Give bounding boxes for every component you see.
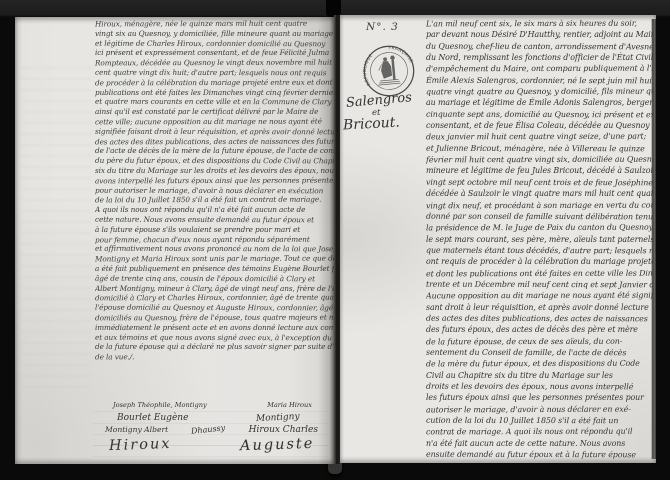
signature-row: Montigny Albert Dhaussy Hiroux Charles — [93, 425, 328, 437]
manuscript-line: ici présent et expressément consentant, … — [95, 48, 334, 58]
manuscript-line: l'épouse domicilié au Quesnoy et Auguste… — [95, 303, 334, 313]
manuscript-line: quatre vingt quatre au Quesnoy, y domici… — [426, 86, 655, 98]
signature-witness: Montigny Albert — [105, 425, 168, 434]
manuscript-line: cinquante sept ans, domicilié au Quesnoy… — [426, 108, 655, 120]
manuscript-line: signifiée faisant droit à leur réquisiti… — [95, 126, 334, 136]
manuscript-line: immédiatement le présent acte et en avon… — [95, 323, 334, 333]
manuscript-line: Aucune opposition au dit mariage ne nous… — [426, 290, 655, 302]
manuscript-line: les futurs époux ainsi que les personnes… — [426, 392, 655, 403]
manuscript-line: de l'acte de décès de la mère de la futu… — [95, 146, 334, 156]
manuscript-line: du Quesnoy, chef-lieu de canton, arrondi… — [426, 40, 655, 52]
signature-witness: Bourlet Eugène — [117, 413, 188, 423]
manuscript-line: et légitime de Charles Hiroux, cordonnie… — [95, 38, 334, 48]
manuscript-line: des actes des dites publications, des ac… — [95, 136, 334, 147]
manuscript-line: la présidence de M. le Juge de Paix du c… — [426, 222, 655, 234]
manuscript-line: contrat de mariage. A quoi ils nous ont … — [426, 426, 655, 438]
manuscript-line: d'empêchement du Maire, ont comparu publ… — [426, 63, 655, 75]
signatures-block: Joseph Théophile, Montigny Maria Hiroux … — [93, 401, 328, 461]
signature-bride: Maria Hiroux — [267, 401, 312, 409]
signature-row: Bourlet Eugène Montigny — [93, 413, 328, 425]
manuscript-line: de la future épouse, de ceux de ses aïeu… — [426, 335, 655, 347]
manuscript-line: ont requis de procéder à la célébration … — [426, 256, 655, 267]
manuscript-line: six du titre du Mariage sur les droits e… — [95, 166, 334, 176]
manuscript-line: sant droit à leur réquisition, et après … — [426, 302, 655, 313]
manuscript-line: âgé de trente cinq ans, cousin de l'épou… — [95, 273, 334, 283]
manuscript-line: cette ville; aucune opposition au dit ma… — [95, 117, 334, 128]
manuscript-line: cette nature. Nous avons ensuite demandé… — [95, 215, 334, 225]
manuscript-line: mineure et légitime de feu Jules Bricout… — [426, 165, 655, 176]
manuscript-line: cent quatre vingt dix huit; d'autre part… — [95, 68, 334, 78]
manuscript-line: Civil au Chapitre six du titre du Mariag… — [426, 370, 655, 381]
manuscript-line: à la future épouse s'ils voulaient se pr… — [95, 225, 334, 235]
signature-witness: Hiroux — [109, 436, 172, 454]
manuscript-line: avons interpellé les futurs époux ainsi … — [95, 175, 334, 186]
manuscript-line: de procéder à la célébration du mariage … — [95, 77, 334, 88]
manuscript-line: deux janvier mil huit cent quatre vingt … — [426, 131, 655, 143]
manuscript-line: trente et un Décembre mil neuf cent cinq… — [426, 279, 655, 291]
manuscript-line: par devant nous Désiré D'Hautthy, rentie… — [426, 29, 655, 40]
manuscript-line: le sept mars courant, ses père, mère, aï… — [426, 234, 655, 245]
manuscript-line: donné par son conseil de famille suivant… — [426, 211, 655, 223]
act-number: N°. 3 — [366, 21, 399, 33]
manuscript-line: autoriser le mariage, d'avoir à nous déc… — [426, 403, 655, 415]
manuscript-line: et quatre mars courants en cette ville e… — [95, 97, 334, 107]
manuscript-line: et Julienne Bricout, ménagère, née à Vil… — [426, 143, 655, 155]
manuscript-line: que maternels étant tous décédés, d'autr… — [426, 245, 655, 257]
manuscript-line: Émile Alexis Salengros, cordonnier, né l… — [426, 74, 655, 86]
manuscript-line: n'a été fait aucun acte de cette nature.… — [426, 438, 655, 449]
ink-bleedthrough — [21, 67, 91, 397]
manuscript-line: de la future épouse qui a déclaré ne plu… — [95, 342, 334, 352]
seated-marianne-figure-icon — [376, 55, 401, 85]
manuscript-line: Hiroux, ménagère, née le quinze mars mil… — [95, 19, 334, 30]
manuscript-line: a été fait publiquement en présence des … — [95, 264, 334, 274]
manuscript-line: consentant, et de feue Élisa Coleau, déc… — [426, 120, 655, 131]
manuscript-line: vingt sept octobre mil neuf cent trois e… — [426, 177, 655, 189]
manuscript-line: L'an mil neuf cent six, le six mars à si… — [426, 18, 655, 30]
signature-officer: Dhaussy — [191, 423, 226, 436]
manuscript-line: au mariage et légitime de Émile Adonis S… — [426, 97, 655, 108]
manuscript-line: décédée à Saulzoir le vingt quatre mars … — [426, 188, 655, 199]
signature-witness: Auguste — [239, 436, 314, 455]
right-page-margin: N°. 3 RÉPUBLIQUE FRANÇAISE — [340, 15, 426, 463]
signature-father: Hiroux Charles — [249, 425, 318, 435]
margin-bride-name: Bricout. — [343, 115, 401, 134]
manuscript-line: Rompteaux, décédée au Quesnoy le vingt d… — [95, 58, 334, 69]
signature-row: Hiroux Auguste — [93, 437, 328, 457]
manuscript-line: vingt dix neuf, et procédant à son maria… — [426, 199, 655, 211]
right-page-text: L'an mil neuf cent six, le six mars à si… — [426, 18, 655, 460]
manuscript-line: des actes des dites publications, des ac… — [426, 313, 655, 325]
manuscript-line: février mil huit cent quatre vingt six, … — [426, 154, 655, 166]
manuscript-line: de la vue./. — [95, 352, 334, 363]
left-page: Hiroux, ménagère, née le quinze mars mil… — [15, 17, 334, 464]
page-edge-highlight — [651, 19, 656, 459]
manuscript-line: ainsi qu'il est constaté par le certific… — [95, 107, 334, 117]
manuscript-line: domiciliés au Quesnoy, frère de l'épouse… — [95, 313, 334, 324]
manuscript-line: de la mère du futur époux, et des dispos… — [426, 358, 655, 370]
manuscript-line: vingt six au Quesnoy, y domiciliée, fill… — [95, 29, 334, 39]
manuscript-line: et aux témoins et que nous avons signé a… — [95, 332, 334, 342]
left-page-text: Hiroux, ménagère, née le quinze mars mil… — [95, 19, 334, 362]
manuscript-line: des futurs époux, des actes de décès des… — [426, 324, 655, 335]
manuscript-line: du Nord, remplissant les fonctions d'off… — [426, 52, 655, 63]
manuscript-line: de la loi du 10 Juillet 1850 s'il a été … — [95, 195, 334, 206]
manuscript-line: du père du futur époux, et des dispositi… — [95, 156, 334, 166]
manuscript-line: A quoi ils nous ont répondu qu'il n'a ét… — [95, 205, 334, 215]
manuscript-line: et dont les publications ont été faites … — [426, 267, 655, 279]
signature-groom: Joseph Théophile, Montigny — [113, 401, 207, 409]
manuscript-line: Montigny et Maria Hiroux sont unis par l… — [95, 254, 334, 265]
manuscript-line: droits et les devoirs des époux, nous av… — [426, 381, 655, 393]
right-page: N°. 3 RÉPUBLIQUE FRANÇAISE — [340, 15, 656, 463]
manuscript-line: ensuite demandé au futur époux et à la f… — [426, 449, 655, 461]
scanned-register-spread: Hiroux, ménagère, née le quinze mars mil… — [0, 0, 670, 480]
signature-witness: Montigny — [256, 412, 300, 424]
